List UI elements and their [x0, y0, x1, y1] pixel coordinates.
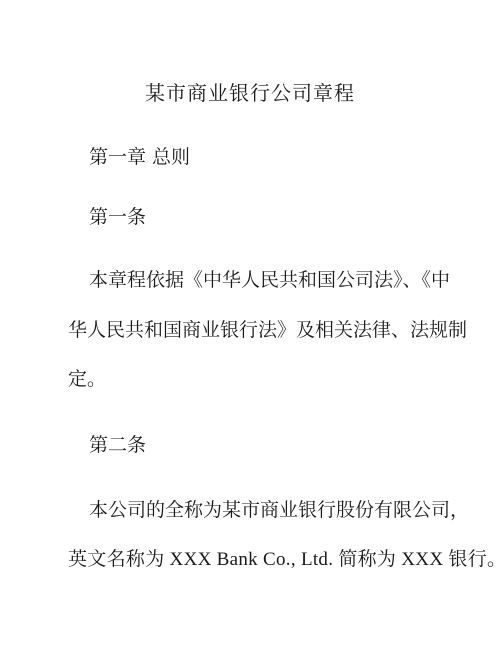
chapter-heading: 第一章 总则: [89, 145, 190, 169]
article-1-line-2: 华人民共和国商业银行法》及相关法律、法规制: [68, 318, 415, 342]
article-2-line-1: 本公司的全称为某市商业银行股份有限公司，: [89, 498, 415, 522]
article-2-heading: 第二条: [89, 433, 146, 457]
document-title: 某市商业银行公司章程: [0, 80, 500, 106]
article-1-heading: 第一条: [89, 205, 146, 229]
article-1-line-1: 本章程依据《中华人民共和国公司法》、《中: [89, 268, 415, 292]
article-1-line-3: 定。: [68, 367, 106, 391]
article-2-line-2: 英文名称为 XXX Bank Co., Ltd. 简称为 XXX 银行。: [68, 548, 500, 572]
